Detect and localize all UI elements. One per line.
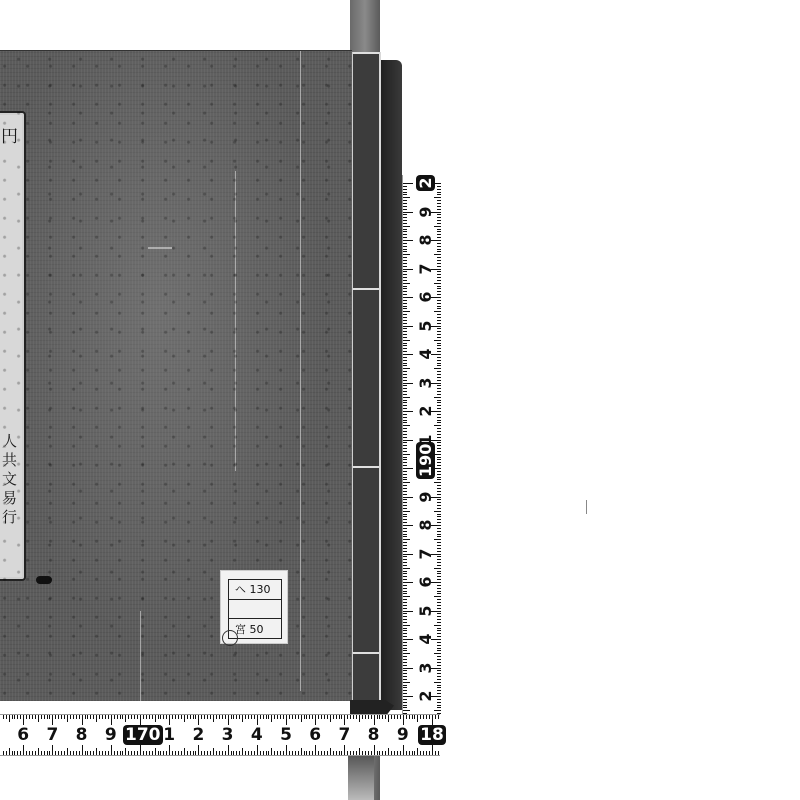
ruler-tick (426, 715, 427, 719)
ruler-tick (403, 377, 407, 378)
ruler-tick (403, 214, 407, 215)
ruler-tick (99, 715, 100, 719)
ruler-tick (429, 715, 430, 719)
ruler-tick (434, 311, 441, 312)
ruler-tick (257, 745, 258, 755)
ruler-tick (55, 751, 56, 755)
ruler-tick (403, 348, 407, 349)
ruler-tick (437, 479, 441, 480)
ruler-tick (193, 715, 194, 719)
ruler-label: 18 (415, 726, 449, 744)
ruler-tick (76, 751, 77, 755)
ruler-tick (128, 751, 129, 755)
ruler-tick (437, 645, 441, 646)
ruler-tick (403, 229, 407, 230)
ruler-tick (391, 715, 392, 719)
ruler-tick (437, 445, 441, 446)
ruler-tick (38, 715, 39, 722)
ruler-tick (304, 751, 305, 755)
ruler-tick (146, 715, 147, 719)
ruler-tick (437, 214, 441, 215)
ruler-tick (437, 337, 441, 338)
ruler-tick (166, 715, 167, 719)
ruler-tick (245, 751, 246, 755)
ruler-tick (437, 323, 441, 324)
ruler-tick (64, 751, 65, 755)
ruler-tick (403, 556, 407, 557)
ruler-label: 3 (418, 372, 434, 394)
ruler-tick (403, 539, 410, 540)
ruler-tick (403, 371, 407, 372)
ruler-tick (403, 639, 413, 640)
ruler-tick (403, 246, 407, 247)
ruler-tick (158, 715, 159, 719)
ruler-tick (301, 715, 302, 722)
ruler-tick (403, 653, 410, 654)
ruler-tick (437, 499, 441, 500)
ruler-tick (437, 206, 441, 207)
ruler-tick (403, 536, 407, 537)
ruler-tick (403, 665, 407, 666)
ruler-tick (362, 715, 363, 719)
ruler-tick (434, 625, 441, 626)
ruler-tick (437, 400, 441, 401)
ruler-tick (437, 579, 441, 580)
ruler-tick (274, 751, 275, 755)
ruler-tick (327, 751, 328, 755)
ruler-tick (403, 554, 413, 555)
ruler-tick (403, 668, 413, 669)
cover-crease (300, 51, 301, 691)
ruler-label: 6 (304, 726, 326, 744)
ruler-tick (44, 715, 45, 719)
ruler-tick (437, 209, 441, 210)
ruler-tick (437, 585, 441, 586)
ruler-tick (403, 257, 407, 258)
ruler-tick (35, 715, 36, 719)
ruler-tick (403, 622, 407, 623)
ruler-tick (268, 715, 269, 719)
ruler-tick (403, 571, 407, 572)
ruler-label: 1 (158, 726, 180, 744)
ruler-tick (434, 539, 441, 540)
ruler-tick (6, 715, 7, 719)
ruler-tick (403, 445, 407, 446)
ruler-tick (437, 665, 441, 666)
ruler-tick (403, 431, 407, 432)
ruler-label: 4 (418, 343, 434, 365)
ruler-tick (198, 745, 199, 755)
spine-binding (352, 52, 381, 702)
ruler-tick (397, 715, 398, 719)
ruler-tick (434, 596, 441, 597)
ruler-tick (437, 203, 441, 204)
ruler-tick (403, 226, 410, 227)
ruler-tick (169, 715, 170, 725)
ruler-tick (403, 402, 407, 403)
ruler-tick (403, 186, 407, 187)
ruler-tick (437, 394, 441, 395)
ruler-tick (412, 751, 413, 755)
ruler-tick (437, 422, 441, 423)
ruler-tick (73, 751, 74, 755)
ruler-tick (403, 462, 407, 463)
ruler-tick (403, 479, 407, 480)
ruler-tick (403, 231, 407, 232)
ruler-tick (403, 642, 407, 643)
ruler-tick (437, 565, 441, 566)
ruler-tick (437, 571, 441, 572)
ruler-tick (175, 715, 176, 719)
ruler-tick (437, 428, 441, 429)
ruler-tick (437, 593, 441, 594)
ruler-tick (52, 745, 53, 755)
ruler-tick (434, 254, 441, 255)
ruler-tick (437, 619, 441, 620)
ruler-tick (437, 676, 441, 677)
ruler-tick (403, 579, 407, 580)
ink-blot (36, 576, 52, 584)
ruler-tick (365, 751, 366, 755)
ruler-tick (120, 715, 121, 719)
binding-stitch (353, 52, 379, 54)
ruler-tick (437, 260, 441, 261)
ruler-tick (437, 457, 441, 458)
ruler-tick (233, 751, 234, 755)
ruler-tick (403, 317, 407, 318)
ruler-tick (403, 602, 407, 603)
ruler-tick (403, 365, 407, 366)
ruler-tick (64, 715, 65, 719)
ruler-tick (403, 360, 407, 361)
ruler-tick (403, 745, 404, 755)
ruler-tick (437, 431, 441, 432)
ruler-tick (403, 648, 407, 649)
ruler-tick (437, 630, 441, 631)
ruler-tick (403, 707, 407, 708)
ruler-tick (73, 715, 74, 719)
ruler-tick (344, 715, 345, 725)
ruler-tick (403, 585, 407, 586)
ruler-label: 8 (418, 229, 434, 251)
ruler-label: 9 (100, 726, 122, 744)
ruler-tick (17, 715, 18, 719)
ruler-tick (403, 551, 407, 552)
ruler-tick (437, 189, 441, 190)
ruler-tick (23, 745, 24, 755)
ruler-tick (274, 715, 275, 719)
ruler-tick (385, 751, 386, 755)
ruler-tick (371, 751, 372, 755)
ruler-tick (403, 679, 407, 680)
ruler-tick (403, 608, 407, 609)
ruler-tick (403, 428, 407, 429)
ruler-tick (102, 751, 103, 755)
ruler-tick (105, 751, 106, 755)
ruler-tick (403, 425, 410, 426)
ruler-tick (315, 715, 316, 725)
ruler-tick (260, 751, 261, 755)
ruler-tick (403, 400, 407, 401)
ruler-tick (437, 451, 441, 452)
ruler-tick (437, 659, 441, 660)
ruler-tick (437, 266, 441, 267)
ruler-tick (356, 715, 357, 719)
ruler-tick (437, 693, 441, 694)
ruler-tick (403, 710, 410, 711)
ruler-tick (437, 562, 441, 563)
ruler-tick (245, 715, 246, 719)
ruler-tick (437, 331, 441, 332)
ruler-tick (437, 628, 441, 629)
ruler-label: 3 (217, 726, 239, 744)
ruler-tick (437, 707, 441, 708)
ruler-label: 7 (418, 543, 434, 565)
ruler-tick (29, 715, 30, 719)
ruler-tick (403, 573, 407, 574)
ruler-tick (93, 751, 94, 755)
ruler-tick (403, 687, 407, 688)
ruler-tick (437, 613, 441, 614)
ruler-tick (403, 394, 407, 395)
ruler-tick (195, 715, 196, 719)
ruler-tick (437, 317, 441, 318)
ruler-tick (437, 536, 441, 537)
ruler-tick (41, 751, 42, 755)
ruler-tick (283, 715, 284, 719)
ruler-tick (403, 696, 413, 697)
ruler-tick (26, 715, 27, 719)
ruler-tick (429, 751, 430, 755)
ruler-tick (58, 715, 59, 719)
ruler-tick (434, 397, 441, 398)
ruler-tick (437, 516, 441, 517)
ruler-tick (76, 715, 77, 719)
ruler-tick (236, 751, 237, 755)
ruler-tick (216, 751, 217, 755)
ruler-tick (437, 648, 441, 649)
ruler-tick (437, 502, 441, 503)
ruler-tick (178, 715, 179, 719)
ruler-tick (368, 751, 369, 755)
ruler-tick (228, 715, 229, 725)
ruler-tick (158, 751, 159, 755)
ruler-tick (403, 628, 407, 629)
ruler-label: 6 (418, 286, 434, 308)
ruler-tick (437, 685, 441, 686)
ruler-tick (437, 402, 441, 403)
seal-stamp (222, 630, 238, 646)
ruler-tick (32, 715, 33, 719)
ruler-label: 2 (418, 400, 434, 422)
ruler-tick (437, 556, 441, 557)
ruler-tick (99, 751, 100, 755)
ruler-tick (403, 673, 407, 674)
ruler-tick (93, 715, 94, 719)
ruler-tick (403, 619, 407, 620)
ruler-tick (437, 633, 441, 634)
ruler-tick (403, 662, 407, 663)
ruler-tick (324, 751, 325, 755)
ruler-tick (155, 748, 156, 755)
ruler-tick (330, 748, 331, 755)
ruler-tick (350, 751, 351, 755)
ruler-tick (437, 642, 441, 643)
ruler-tick (403, 274, 407, 275)
ruler-tick (327, 715, 328, 719)
ruler-tick (437, 234, 441, 235)
ruler-tick (437, 251, 441, 252)
ruler-tick (149, 751, 150, 755)
ruler-tick (70, 715, 71, 719)
ruler-tick (140, 745, 141, 755)
ruler-tick (403, 596, 410, 597)
ruler-tick (140, 715, 141, 725)
ruler-tick (3, 751, 4, 755)
ruler-tick (263, 751, 264, 755)
ruler-tick (403, 337, 407, 338)
ruler-tick (437, 217, 441, 218)
ruler-tick (216, 715, 217, 719)
ruler-tick (437, 702, 441, 703)
ruler-tick (437, 377, 441, 378)
ruler-tick (437, 699, 441, 700)
ruler-tick (437, 477, 441, 478)
ruler-tick (423, 751, 424, 755)
ruler-tick (437, 434, 441, 435)
ruler-tick (277, 751, 278, 755)
ruler-tick (248, 715, 249, 719)
ruler-tick (403, 200, 407, 201)
ruler-tick (437, 485, 441, 486)
ruler-tick (437, 494, 441, 495)
ruler-tick (403, 528, 407, 529)
ruler-tick (437, 670, 441, 671)
ruler-tick (228, 745, 229, 755)
ruler-tick (295, 715, 296, 719)
ruler-tick (437, 448, 441, 449)
ruler-tick (403, 457, 407, 458)
ruler-tick (403, 397, 410, 398)
ruler-tick (403, 368, 410, 369)
ruler-tick (403, 323, 407, 324)
ruler-tick (437, 602, 441, 603)
ruler-tick (82, 745, 83, 755)
ruler-tick (437, 508, 441, 509)
ruler-tick (82, 715, 83, 725)
ruler-tick (403, 194, 407, 195)
ruler-tick (359, 748, 360, 755)
ruler-tick (437, 608, 441, 609)
ruler-tick (403, 565, 407, 566)
ruler-tick (32, 751, 33, 755)
ruler-tick (403, 715, 404, 725)
ruler-tick (437, 528, 441, 529)
ruler-tick (417, 715, 418, 722)
call-number-grid: ヘ 130 宮 50 (228, 579, 282, 639)
ruler-tick (434, 653, 441, 654)
ruler-tick (52, 715, 53, 725)
ruler-tick (437, 679, 441, 680)
ruler-label: 5 (0, 726, 5, 744)
ruler-tick (163, 715, 164, 719)
ruler-label: 5 (418, 600, 434, 622)
ruler-tick (403, 357, 407, 358)
ruler-tick (403, 454, 410, 455)
ruler-tick (225, 715, 226, 719)
ruler-tick (9, 715, 10, 722)
ruler-tick (47, 751, 48, 755)
ruler-tick (403, 471, 407, 472)
ruler-tick (169, 745, 170, 755)
ruler-tick (432, 745, 433, 755)
ruler-tick (437, 243, 441, 244)
ruler-tick (403, 650, 407, 651)
ruler-tick (403, 217, 407, 218)
ruler-tick (172, 715, 173, 719)
ruler-tick (403, 271, 407, 272)
ruler-tick (362, 751, 363, 755)
ruler-tick (403, 485, 407, 486)
ruler-tick (437, 194, 441, 195)
ruler-tick (388, 748, 389, 755)
ruler-label: 6 (418, 571, 434, 593)
ruler-tick (49, 715, 50, 719)
ruler-tick (403, 197, 410, 198)
ruler-tick (437, 223, 441, 224)
ruler-tick (403, 240, 413, 241)
ruler-tick (403, 625, 410, 626)
ruler-tick (85, 751, 86, 755)
ruler-tick (280, 715, 281, 719)
ruler-tick (339, 751, 340, 755)
ruler-tick (437, 334, 441, 335)
ruler-tick (336, 751, 337, 755)
ruler-tick (403, 522, 407, 523)
ruler-tick (178, 751, 179, 755)
ruler-tick (437, 442, 441, 443)
ruler-label: 8 (418, 514, 434, 536)
ruler-tick (379, 751, 380, 755)
ruler-tick (403, 306, 407, 307)
ruler-tick (134, 751, 135, 755)
ruler-tick (365, 715, 366, 719)
ruler-tick (409, 715, 410, 719)
ruler-tick (356, 751, 357, 755)
ruler-tick (437, 576, 441, 577)
ruler-tick (382, 715, 383, 719)
ruler-tick (403, 488, 407, 489)
ruler-tick (437, 437, 441, 438)
ruler-tick (321, 715, 322, 719)
ruler-tick (9, 748, 10, 755)
ruler-tick (432, 715, 433, 725)
ruler-tick (403, 286, 407, 287)
ruler-tick (403, 559, 407, 560)
ruler-tick (333, 751, 334, 755)
ruler-tick (333, 715, 334, 719)
ruler-label: 8 (71, 726, 93, 744)
call-number-row-1: ヘ 130 (229, 580, 281, 600)
ruler-tick (403, 693, 407, 694)
ruler-tick (315, 745, 316, 755)
ruler-tick (125, 715, 126, 722)
ruler-tick (403, 491, 407, 492)
ruler-tick (403, 331, 407, 332)
ruler-tick (394, 715, 395, 719)
ruler-tick (403, 690, 407, 691)
ruler-tick (172, 751, 173, 755)
